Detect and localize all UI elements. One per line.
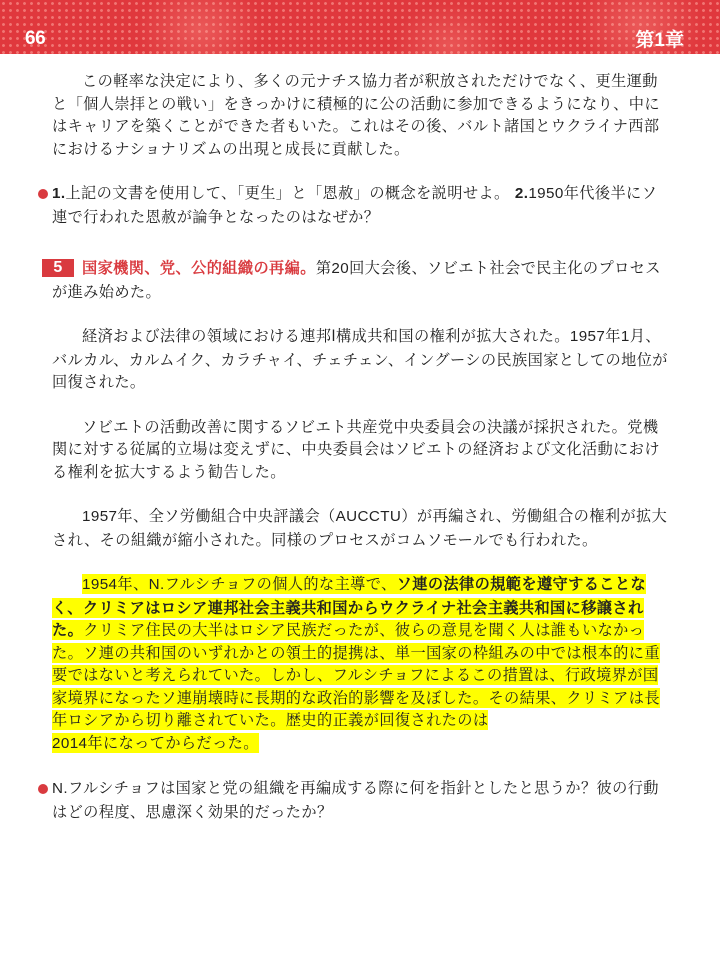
spacer: [52, 160, 670, 182]
text-segment: クリミア住民の大半はロシア民族だったが、彼らの意見を聞く人は誰もいなかった。ソ連…: [52, 621, 660, 729]
year-text: 1954: [82, 576, 117, 593]
page-content: この軽率な決定により、多くの元ナチス協力者が釈放されただけでなく、更生運動と「個…: [52, 70, 670, 823]
page-header: 66 第1章: [0, 0, 720, 54]
spacer: [52, 551, 670, 573]
question-year: 1950: [528, 185, 563, 202]
bullet-icon: [38, 189, 48, 199]
section-heading: 5国家機関、党、公的組織の再編。第20回大会後、ソビエト社会で民主化のプロセスが…: [52, 257, 670, 303]
page-number: 66: [25, 28, 45, 50]
text-segment: 年になってからだった。: [87, 734, 258, 752]
question-number-1: 1.: [52, 185, 65, 202]
question-number-2: 2.: [515, 185, 528, 202]
question-block-2: N.フルシチョフは国家と党の組織を再編成する際に何を指針としたと思うか？彼の行動…: [36, 777, 670, 823]
year-text: 2014: [52, 735, 87, 752]
section-title: 国家機関、党、公的組織の再編。: [82, 259, 316, 277]
spacer: [52, 483, 670, 505]
year-text: 1957: [570, 328, 605, 345]
spacer: [52, 755, 670, 777]
bullet-icon: [38, 784, 48, 794]
text-segment: 年: [605, 327, 621, 345]
abbreviation-text: AUCCTU: [336, 508, 402, 525]
text-segment: フルシチョフの個人的な主導で、: [165, 575, 397, 593]
year-text: 1957: [82, 508, 117, 525]
month-text: 1: [621, 328, 630, 345]
question-block-1: 1.上記の文書を使用して、「更生」と「恩赦」の概念を説明せよ。 2.1950年代…: [36, 182, 670, 228]
question-text: フルシチョフは国家と党の組織を再編成する際に何を指針としたと思うか？彼の行動はど…: [52, 779, 659, 821]
initial-text: N.: [149, 576, 165, 593]
highlighted-text: 1954年、N.フルシチョフの個人的な主導で、ソ連の法律の規範を遵守することなく…: [52, 574, 660, 753]
spacer: [52, 228, 670, 257]
paragraph-soviet-resolution: ソビエトの活動改善に関するソビエト共産党中央委員会の決議が採択された。党機関に対…: [52, 416, 670, 484]
section-intro-a: 第: [316, 259, 332, 277]
paragraph-auacctu: 1957年、全ソ労働組合中央評議会（AUCCTU）が再編され、労働組合の権利が拡…: [52, 505, 670, 551]
paragraph-amnesty-consequences: この軽率な決定により、多くの元ナチス協力者が釈放されただけでなく、更生運動と「個…: [52, 70, 670, 160]
text-segment: 年、: [117, 575, 148, 593]
spacer: [52, 303, 670, 325]
spacer: [52, 394, 670, 416]
section-number-badge: 5: [42, 259, 74, 277]
text-segment: 年、全ソ労働組合中央評議会（: [117, 507, 335, 525]
text-segment: 経済および法律の領域における連邦l構成共和国の権利が拡大された。: [82, 327, 570, 345]
question-initial: N.: [52, 780, 68, 797]
section-intro-number: 20: [331, 260, 349, 277]
paragraph-republic-rights: 経済および法律の領域における連邦l構成共和国の権利が拡大された。1957年1月、…: [52, 325, 670, 394]
question-text-1: 上記の文書を使用して、「更生」と「恩赦」の概念を説明せよ。: [65, 184, 509, 202]
chapter-label: 第1章: [635, 25, 684, 52]
paragraph-crimea-highlighted: 1954年、N.フルシチョフの個人的な主導で、ソ連の法律の規範を遵守することなく…: [52, 573, 670, 755]
